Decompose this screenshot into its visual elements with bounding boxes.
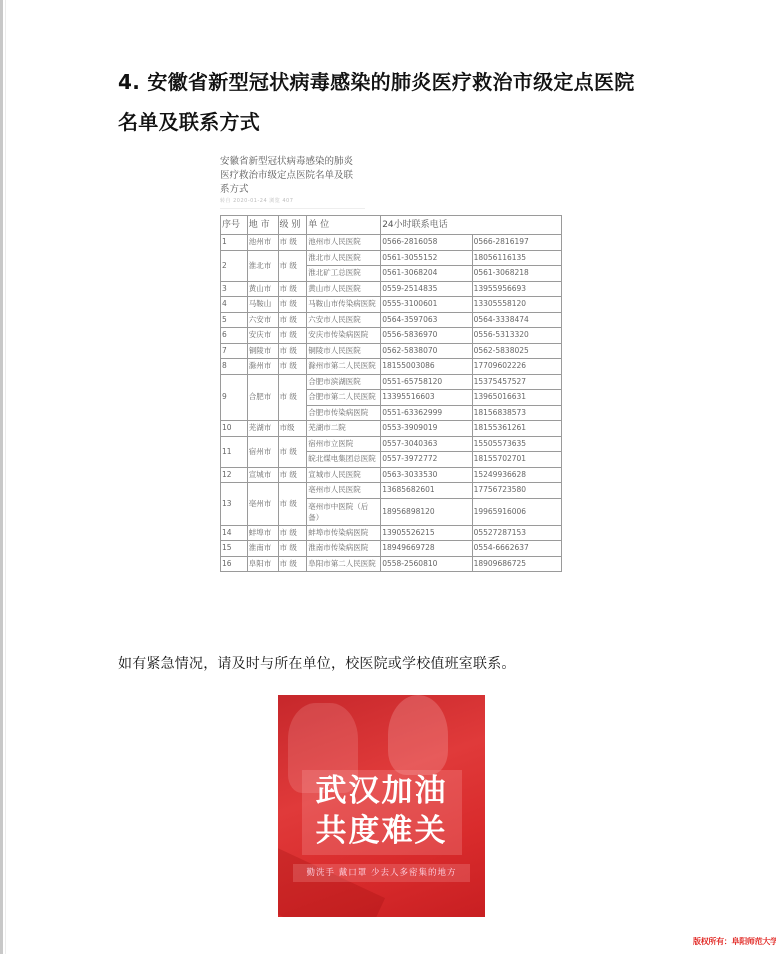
cell-phone-1: 0563-3033530 bbox=[381, 467, 472, 483]
cell-phone-2: 13305558120 bbox=[472, 297, 561, 313]
cell-city: 安庆市 bbox=[247, 328, 278, 344]
section-heading: 4. 安徽省新型冠状病毒感染的肺炎医疗救治市级定点医院 名单及联系方式 bbox=[118, 62, 698, 142]
cell-level: 市 级 bbox=[278, 343, 307, 359]
cell-phone-2: 18155361261 bbox=[472, 421, 561, 437]
cell-city: 六安市 bbox=[247, 312, 278, 328]
cell-phone-2: 0556-5313320 bbox=[472, 328, 561, 344]
cell-level: 市 级 bbox=[278, 374, 307, 421]
cell-city: 亳州市 bbox=[247, 483, 278, 526]
cell-phone-2: 13965016631 bbox=[472, 390, 561, 406]
cell-city: 黄山市 bbox=[247, 281, 278, 297]
cell-hospital: 淮北市人民医院 bbox=[307, 250, 381, 266]
cell-phone-2: 19965916006 bbox=[472, 498, 561, 525]
table-row: 14蚌埠市市 级蚌埠市传染病医院1390552621505527287153 bbox=[221, 525, 562, 541]
cell-no: 10 bbox=[221, 421, 248, 437]
cell-hospital: 六安市人民医院 bbox=[307, 312, 381, 328]
cell-level: 市 级 bbox=[278, 297, 307, 313]
cell-phone-1: 18949669728 bbox=[381, 541, 472, 557]
cell-city: 淮南市 bbox=[247, 541, 278, 557]
cell-hospital: 安庆市传染病医院 bbox=[307, 328, 381, 344]
emergency-notice: 如有紧急情况，请及时与所在单位，校医院或学校值班室联系。 bbox=[118, 653, 516, 673]
page-left-border bbox=[0, 0, 3, 954]
cell-phone-2: 13955956693 bbox=[472, 281, 561, 297]
cell-phone-1: 0559-2514835 bbox=[381, 281, 472, 297]
cell-phone-2: 18155702701 bbox=[472, 452, 561, 468]
cell-hospital: 皖北煤电集团总医院 bbox=[307, 452, 381, 468]
image-divider bbox=[220, 208, 365, 209]
cell-hospital: 滁州市第二人民医院 bbox=[307, 359, 381, 375]
wuhan-poster-image: 武汉加油 共度难关 勤洗手 戴口罩 少去人多密集的地方 bbox=[278, 695, 485, 917]
cell-level: 市 级 bbox=[278, 312, 307, 328]
cell-city: 铜陵市 bbox=[247, 343, 278, 359]
cell-city: 芜湖市 bbox=[247, 421, 278, 437]
cell-phone-1: 0557-3040363 bbox=[381, 436, 472, 452]
table-row: 9合肥市市 级合肥市滨湖医院0551-6575812015375457527 bbox=[221, 374, 562, 390]
cell-phone-1: 0551-63362999 bbox=[381, 405, 472, 421]
cell-no: 9 bbox=[221, 374, 248, 421]
poster-title-line1: 武汉加油 bbox=[278, 773, 485, 809]
cell-no: 6 bbox=[221, 328, 248, 344]
table-row: 8滁州市市 级滁州市第二人民医院1815500308617709602226 bbox=[221, 359, 562, 375]
cell-city: 阜阳市 bbox=[247, 556, 278, 572]
cell-phone-2: 0564-3338474 bbox=[472, 312, 561, 328]
cell-phone-1: 0561-3068204 bbox=[381, 266, 472, 282]
cell-hospital: 合肥市滨湖医院 bbox=[307, 374, 381, 390]
table-row: 15淮南市市 级淮南市传染病医院189496697280554-6662637 bbox=[221, 541, 562, 557]
cell-phone-2: 15249936628 bbox=[472, 467, 561, 483]
cell-hospital: 铜陵市人民医院 bbox=[307, 343, 381, 359]
cell-phone-2: 15375457527 bbox=[472, 374, 561, 390]
header-level: 级 别 bbox=[278, 216, 307, 235]
page-left-border-inner bbox=[5, 0, 6, 954]
cell-city: 马鞍山 bbox=[247, 297, 278, 313]
cell-no: 13 bbox=[221, 483, 248, 526]
table-row: 13亳州市市 级亳州市人民医院1368568260117756723580 bbox=[221, 483, 562, 499]
cell-hospital: 马鞍山市传染病医院 bbox=[307, 297, 381, 313]
table-row: 4马鞍山市 级马鞍山市传染病医院0555-310060113305558120 bbox=[221, 297, 562, 313]
cell-phone-2: 0554-6662637 bbox=[472, 541, 561, 557]
poster-decor-stripe bbox=[278, 847, 385, 917]
table-row: 6安庆市市 级安庆市传染病医院0556-58369700556-5313320 bbox=[221, 328, 562, 344]
table-row: 10芜湖市市级芜湖市二院0553-390901918155361261 bbox=[221, 421, 562, 437]
hospital-table: 序号 地 市 级 别 单 位 24小时联系电话 1池州市市 级池州市人民医院05… bbox=[220, 215, 562, 572]
cell-hospital: 芜湖市二院 bbox=[307, 421, 381, 437]
cell-level: 市级 bbox=[278, 421, 307, 437]
cell-no: 12 bbox=[221, 467, 248, 483]
header-city: 地 市 bbox=[247, 216, 278, 235]
cell-no: 2 bbox=[221, 250, 248, 281]
cell-phone-1: 0553-3909019 bbox=[381, 421, 472, 437]
cell-phone-1: 0551-65758120 bbox=[381, 374, 472, 390]
cell-hospital: 宣城市人民医院 bbox=[307, 467, 381, 483]
cell-no: 11 bbox=[221, 436, 248, 467]
table-row: 5六安市市 级六安市人民医院0564-35970630564-3338474 bbox=[221, 312, 562, 328]
table-row: 11宿州市市 级宿州市立医院0557-304036315505573635 bbox=[221, 436, 562, 452]
cell-phone-1: 0562-5838070 bbox=[381, 343, 472, 359]
cell-phone-1: 0555-3100601 bbox=[381, 297, 472, 313]
header-unit: 单 位 bbox=[307, 216, 381, 235]
cell-hospital: 合肥市第二人民医院 bbox=[307, 390, 381, 406]
cell-no: 5 bbox=[221, 312, 248, 328]
poster-subtitle: 勤洗手 戴口罩 少去人多密集的地方 bbox=[278, 866, 485, 880]
cell-no: 8 bbox=[221, 359, 248, 375]
cell-no: 15 bbox=[221, 541, 248, 557]
cell-no: 4 bbox=[221, 297, 248, 313]
cell-no: 14 bbox=[221, 525, 248, 541]
cell-phone-2: 05527287153 bbox=[472, 525, 561, 541]
table-row: 3黄山市市 级黄山市人民医院0559-251483513955956693 bbox=[221, 281, 562, 297]
cell-city: 淮北市 bbox=[247, 250, 278, 281]
cell-level: 市 级 bbox=[278, 483, 307, 526]
cell-city: 蚌埠市 bbox=[247, 525, 278, 541]
cell-phone-2: 18056116135 bbox=[472, 250, 561, 266]
cell-level: 市 级 bbox=[278, 235, 307, 251]
cell-phone-2: 0561-3068218 bbox=[472, 266, 561, 282]
cell-city: 宣城市 bbox=[247, 467, 278, 483]
cell-phone-2: 18156838573 bbox=[472, 405, 561, 421]
cell-level: 市 级 bbox=[278, 359, 307, 375]
cell-phone-1: 0557-3972772 bbox=[381, 452, 472, 468]
cell-phone-2: 17756723580 bbox=[472, 483, 561, 499]
cell-no: 16 bbox=[221, 556, 248, 572]
table-row: 12宣城市市 级宣城市人民医院0563-303353015249936628 bbox=[221, 467, 562, 483]
cell-phone-1: 0561-3055152 bbox=[381, 250, 472, 266]
cell-phone-2: 17709602226 bbox=[472, 359, 561, 375]
cell-level: 市 级 bbox=[278, 281, 307, 297]
table-row: 7铜陵市市 级铜陵市人民医院0562-58380700562-5838025 bbox=[221, 343, 562, 359]
cell-level: 市 级 bbox=[278, 541, 307, 557]
table-row: 1池州市市 级池州市人民医院0566-28160580566-2816197 bbox=[221, 235, 562, 251]
cell-hospital: 淮北矿工总医院 bbox=[307, 266, 381, 282]
section-heading-line1: 4. 安徽省新型冠状病毒感染的肺炎医疗救治市级定点医院 bbox=[118, 62, 698, 102]
image-meta: 转自 2020-01-24 浏览 407 bbox=[220, 197, 293, 204]
cell-level: 市 级 bbox=[278, 436, 307, 467]
cell-phone-1: 0556-5836970 bbox=[381, 328, 472, 344]
cell-no: 3 bbox=[221, 281, 248, 297]
cell-hospital: 亳州市中医院（后备） bbox=[307, 498, 381, 525]
cell-hospital: 宿州市立医院 bbox=[307, 436, 381, 452]
cell-level: 市 级 bbox=[278, 467, 307, 483]
poster-title-line2: 共度难关 bbox=[278, 813, 485, 849]
cell-no: 7 bbox=[221, 343, 248, 359]
cell-phone-1: 18155003086 bbox=[381, 359, 472, 375]
cell-level: 市 级 bbox=[278, 328, 307, 344]
cell-phone-2: 0562-5838025 bbox=[472, 343, 561, 359]
table-row: 16阜阳市市 级阜阳市第二人民医院0558-256081018909686725 bbox=[221, 556, 562, 572]
cell-phone-1: 13395516603 bbox=[381, 390, 472, 406]
cell-hospital: 合肥市传染病医院 bbox=[307, 405, 381, 421]
cell-phone-1: 0558-2560810 bbox=[381, 556, 472, 572]
cell-phone-2: 15505573635 bbox=[472, 436, 561, 452]
hospital-list-image: 安徽省新型冠状病毒感染的肺炎医疗救治市级定点医院名单及联系方式 转自 2020-… bbox=[212, 145, 572, 605]
cell-phone-2: 0566-2816197 bbox=[472, 235, 561, 251]
header-phone: 24小时联系电话 bbox=[381, 216, 562, 235]
cell-phone-2: 18909686725 bbox=[472, 556, 561, 572]
cell-city: 池州市 bbox=[247, 235, 278, 251]
cell-hospital: 阜阳市第二人民医院 bbox=[307, 556, 381, 572]
cell-level: 市 级 bbox=[278, 525, 307, 541]
cell-city: 滁州市 bbox=[247, 359, 278, 375]
image-title: 安徽省新型冠状病毒感染的肺炎医疗救治市级定点医院名单及联系方式 bbox=[220, 155, 360, 197]
header-no: 序号 bbox=[221, 216, 248, 235]
cell-hospital: 黄山市人民医院 bbox=[307, 281, 381, 297]
cell-hospital: 蚌埠市传染病医院 bbox=[307, 525, 381, 541]
cell-city: 宿州市 bbox=[247, 436, 278, 467]
cell-phone-1: 18956898120 bbox=[381, 498, 472, 525]
section-heading-line2: 名单及联系方式 bbox=[118, 102, 698, 142]
poster-figure-right bbox=[388, 695, 448, 775]
cell-phone-1: 0566-2816058 bbox=[381, 235, 472, 251]
cell-level: 市 级 bbox=[278, 250, 307, 281]
cell-phone-1: 13685682601 bbox=[381, 483, 472, 499]
table-header-row: 序号 地 市 级 别 单 位 24小时联系电话 bbox=[221, 216, 562, 235]
cell-hospital: 池州市人民医院 bbox=[307, 235, 381, 251]
table-row: 2淮北市市 级淮北市人民医院0561-305515218056116135 bbox=[221, 250, 562, 266]
cell-phone-1: 13905526215 bbox=[381, 525, 472, 541]
copyright-text: 版权所有：阜阳师范大学 bbox=[693, 936, 776, 947]
cell-hospital: 亳州市人民医院 bbox=[307, 483, 381, 499]
cell-no: 1 bbox=[221, 235, 248, 251]
cell-phone-1: 0564-3597063 bbox=[381, 312, 472, 328]
table-body: 1池州市市 级池州市人民医院0566-28160580566-28161972淮… bbox=[221, 235, 562, 572]
cell-city: 合肥市 bbox=[247, 374, 278, 421]
cell-hospital: 淮南市传染病医院 bbox=[307, 541, 381, 557]
cell-level: 市 级 bbox=[278, 556, 307, 572]
